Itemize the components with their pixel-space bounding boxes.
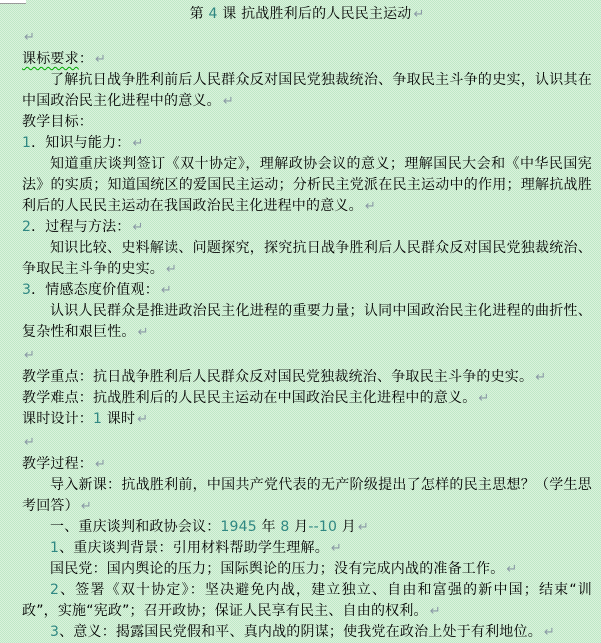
document-page[interactable]: 第 4 课 抗战胜利后的人民民主运动↵↵课标要求：↵了解抗日战争胜利前后人民群众…	[0, 0, 601, 643]
text-run: ：	[79, 51, 93, 67]
paragraph-mark-icon: ↵	[24, 348, 35, 363]
window-edge-artifact	[0, 0, 26, 4]
paragraph-mark-icon: ↵	[81, 499, 92, 514]
doc-paragraph: 1、重庆谈判背景：引用材料帮助学生理解。↵	[22, 538, 592, 559]
doc-paragraph: 教学重点：抗日战争胜利后人民群众反对国民党独裁统治、争取民主斗争的史实。↵	[22, 367, 592, 388]
text-run: 教学难点：抗战胜利后的人民民主运动在中国政治民主化进程中的意义。	[22, 390, 476, 406]
paragraph-mark-icon: ↵	[24, 435, 35, 450]
doc-paragraph: 国民党：国内舆论的压力；国际舆论的压力；没有完成内战的准备工作。↵	[22, 559, 592, 580]
paragraph-mark-icon: ↵	[95, 457, 106, 472]
text-run: 1、重庆谈判背景：引用材料帮助学生理解。	[50, 540, 329, 556]
paragraph-mark-icon: ↵	[166, 262, 177, 277]
doc-paragraph: 第 4 课 抗战胜利后的人民民主运动↵	[22, 4, 592, 25]
text-run: 第 4 课 抗战胜利后的人民民主运动	[190, 6, 412, 22]
paragraph-mark-icon: ↵	[506, 562, 517, 577]
doc-paragraph: 教学难点：抗战胜利后的人民民主运动在中国政治民主化进程中的意义。↵	[22, 388, 592, 409]
text-run: 了解抗日战争胜利前后人民群众反对国民党独裁统治、争取民主斗争的史实，认识其在中国…	[22, 72, 592, 109]
paragraph-mark-icon: ↵	[161, 283, 172, 298]
text-run: 3、意义：揭露国民党假和平、真内战的阴谋；使我党在政治上处于有利地位。	[50, 624, 542, 640]
number-text: 4	[208, 6, 217, 22]
doc-paragraph: 课时设计：1 课时↵	[22, 409, 592, 430]
spellcheck-squiggle-text: 课标要求	[22, 51, 79, 67]
number-text: 3	[50, 624, 59, 640]
document-text: 第 4 课 抗战胜利后的人民民主运动↵↵课标要求：↵了解抗日战争胜利前后人民群众…	[22, 4, 592, 643]
paragraph-mark-icon: ↵	[137, 412, 148, 427]
text-run: 课时设计：1 课时	[22, 411, 135, 427]
number-text: 1945	[220, 519, 256, 535]
number-text: 8	[280, 519, 289, 535]
number-text: 3	[22, 282, 31, 298]
empty-line: ↵	[22, 430, 592, 454]
doc-paragraph: 了解抗日战争胜利前后人民群众反对国民党独裁统治、争取民主斗争的史实，认识其在中国…	[22, 70, 592, 112]
number-text: 1	[50, 540, 59, 556]
doc-paragraph: 1．知识与能力：↵	[22, 133, 592, 154]
paragraph-mark-icon: ↵	[544, 625, 555, 640]
doc-paragraph: 知识比较、史料解读、问题探究，探究抗日战争胜利后人民群众反对国民党独裁统治、争取…	[22, 238, 592, 280]
text-run: 1．知识与能力：	[22, 135, 131, 151]
doc-paragraph: 3．情感态度价值观：↵	[22, 280, 592, 301]
number-text: 2	[22, 219, 31, 235]
empty-line: ↵	[22, 25, 592, 49]
text-run: 教学过程：	[22, 456, 93, 472]
doc-paragraph: 教学过程：↵	[22, 454, 592, 475]
doc-paragraph: 3、意义：揭露国民党假和平、真内战的阴谋；使我党在政治上处于有利地位。↵	[22, 622, 592, 643]
paragraph-mark-icon: ↵	[430, 604, 441, 619]
text-run: 认识人民群众是推进政治民主化进程的重要力量；认同中国政治民主化进程的曲折性、复杂…	[22, 303, 592, 340]
paragraph-mark-icon: ↵	[133, 136, 144, 151]
text-run: 2、签署《双十协定》：坚决避免内战，建立独立、自由和富强的新中国；结束“训政”，…	[22, 582, 592, 619]
number-text: 2	[50, 582, 59, 598]
text-run: 知道重庆谈判签订《双十协定》，理解政协会议的意义；理解国民大会和《中华民国宪法》…	[22, 156, 592, 214]
paragraph-mark-icon: ↵	[478, 391, 489, 406]
paragraph-mark-icon: ↵	[331, 541, 342, 556]
doc-paragraph: 2．过程与方法：↵	[22, 217, 592, 238]
paragraph-mark-icon: ↵	[138, 325, 149, 340]
doc-paragraph: 导入新课：抗战胜利前，中国共产党代表的无产阶级提出了怎样的民主思想？（学生思考回…	[22, 475, 592, 517]
doc-paragraph: 教学目标：	[22, 112, 592, 133]
doc-paragraph: 一、重庆谈判和政协会议：1945 年 8 月--10 月↵	[22, 517, 592, 538]
number-text: 1	[93, 411, 102, 427]
text-run: 3．情感态度价值观：	[22, 282, 159, 298]
text-run: 导入新课：抗战胜利前，中国共产党代表的无产阶级提出了怎样的民主思想？（学生思考回…	[22, 477, 592, 514]
paragraph-mark-icon: ↵	[413, 7, 424, 22]
text-run: 国民党：国内舆论的压力；国际舆论的压力；没有完成内战的准备工作。	[50, 561, 504, 577]
text-run: 一、重庆谈判和政协会议：1945 年 8 月--10 月	[50, 519, 356, 535]
text-run: 2．过程与方法：	[22, 219, 131, 235]
paragraph-mark-icon: ↵	[95, 52, 106, 67]
paragraph-mark-icon: ↵	[133, 220, 144, 235]
text-run: 教学重点：抗日战争胜利后人民群众反对国民党独裁统治、争取民主斗争的史实。	[22, 369, 533, 385]
number-text: 1	[22, 135, 31, 151]
paragraph-mark-icon: ↵	[358, 520, 369, 535]
doc-paragraph: 认识人民群众是推进政治民主化进程的重要力量；认同中国政治民主化进程的曲折性、复杂…	[22, 301, 592, 343]
empty-line: ↵	[22, 343, 592, 367]
text-run: 教学目标：	[22, 114, 93, 130]
paragraph-mark-icon: ↵	[223, 94, 234, 109]
number-text: --10	[308, 519, 337, 535]
paragraph-mark-icon: ↵	[365, 199, 376, 214]
doc-paragraph: 2、签署《双十协定》：坚决避免内战，建立独立、自由和富强的新中国；结束“训政”，…	[22, 580, 592, 622]
doc-paragraph: 知道重庆谈判签订《双十协定》，理解政协会议的意义；理解国民大会和《中华民国宪法》…	[22, 154, 592, 217]
paragraph-mark-icon: ↵	[535, 370, 546, 385]
paragraph-mark-icon: ↵	[24, 30, 35, 45]
doc-paragraph: 课标要求：↵	[22, 49, 592, 70]
text-run: 知识比较、史料解读、问题探究，探究抗日战争胜利后人民群众反对国民党独裁统治、争取…	[22, 240, 592, 277]
